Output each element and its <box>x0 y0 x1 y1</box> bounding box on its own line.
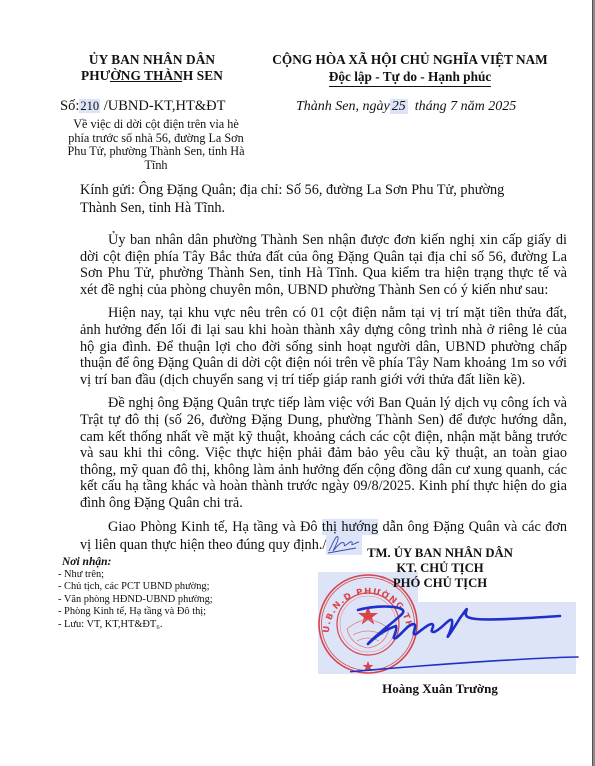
distribution-item: - Văn phòng HĐND-UBND phường; <box>58 594 213 606</box>
nation-title: CỘNG HÒA XÃ HỘI CHỦ NGHĨA VIỆT NAM <box>255 52 565 68</box>
document-number: Số:210 /UBND-KT,HT&ĐT <box>60 98 225 115</box>
date-suffix: tháng 7 năm 2025 <box>408 99 517 114</box>
doc-number-value: 210 <box>79 99 100 113</box>
para4-text-a: Giao Phòng Kinh tế, Hạ tầng và Đô <box>108 519 322 535</box>
handwritten-signature-icon <box>350 602 580 678</box>
distribution-item: - Như trên; <box>58 569 213 581</box>
document-date: Thành Sen, ngày25 tháng 7 năm 2025 <box>296 99 516 115</box>
date-prefix: Thành Sen, ngày <box>296 99 390 114</box>
national-motto: Độc lập - Tự do - Hạnh phúc <box>329 69 492 87</box>
distribution-item: - Chủ tịch, các PCT UBND phường; <box>58 581 213 593</box>
document-page: ỦY BAN NHÂN DÂN PHƯỜNG THÀNH SEN Số:210 … <box>0 0 592 766</box>
recipient-line: Kính gửi: Ông Đặng Quân; địa chỉ: Số 56,… <box>80 181 510 217</box>
distribution-list: Nơi nhận: - Như trên; - Chủ tịch, các PC… <box>58 555 213 631</box>
issuing-agency: ỦY BAN NHÂN DÂN PHƯỜNG THÀNH SEN <box>52 52 252 85</box>
signature-title-2: KT. CHỦ TỊCH <box>320 561 560 576</box>
signature-block: TM. ỦY BAN NHÂN DÂN KT. CHỦ TỊCH PHÓ CHỦ… <box>320 546 560 591</box>
body-paragraph-3: Đề nghị ông Đặng Quân trực tiếp làm việc… <box>80 395 567 511</box>
signature-title-1: TM. ỦY BAN NHÂN DÂN <box>320 546 560 561</box>
doc-number-suffix: /UBND-KT,HT&ĐT <box>100 98 225 114</box>
date-day: 25 <box>390 99 408 114</box>
doc-number-prefix: Số: <box>60 98 79 114</box>
signer-name: Hoàng Xuân Trường <box>320 681 560 697</box>
distribution-item: - Phòng Kinh tế, Hạ tầng và Đô thị; <box>58 606 213 618</box>
distribution-title: Nơi nhận: <box>62 555 213 569</box>
agency-underline <box>110 81 182 82</box>
distribution-item: - Lưu: VT, KT,HT&ĐT₆. <box>58 619 213 631</box>
body-paragraph-2: Hiện nay, tại khu vực nêu trên có 01 cột… <box>80 305 567 388</box>
national-header: CỘNG HÒA XÃ HỘI CHỦ NGHĨA VIỆT NAM Độc l… <box>255 52 565 87</box>
signature-title-3: PHÓ CHỦ TỊCH <box>320 576 560 591</box>
body-paragraph-1: Ủy ban nhân dân phường Thành Sen nhận đư… <box>80 232 567 298</box>
document-subject: Về việc di dời cột điện trên vỉa hè phía… <box>66 118 246 172</box>
document-body: Ủy ban nhân dân phường Thành Sen nhận đư… <box>80 232 567 562</box>
agency-line-1: ỦY BAN NHÂN DÂN <box>52 52 252 68</box>
